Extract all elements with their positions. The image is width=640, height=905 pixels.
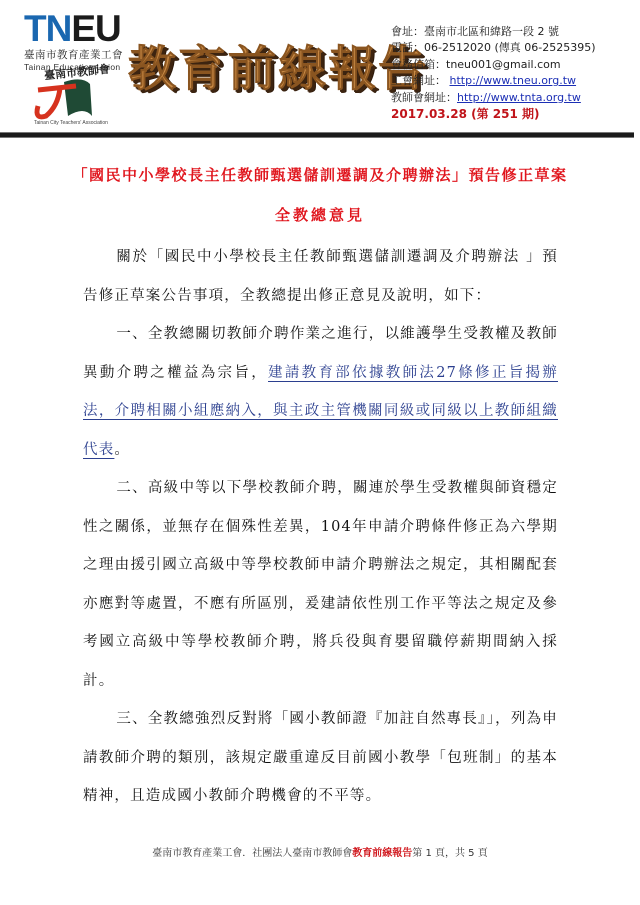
page-footer: 臺南市教育產業工會．社團法人臺南市教師會教育前線報告第 1 頁，共 5 頁 [0,844,640,859]
contact-block: 會址：臺南市北區和緯路一段 2 號 電話：06-2512020 (傳真 06-2… [391,24,596,122]
phone: 電話：06-2512020 (傳真 06-2525395) [391,40,596,56]
document-subtitle: 全教總意見 [0,204,640,225]
document-body: 關於「國民中小學校長主任教師甄選儲訓遷調及介聘辦法 」預告修正草案公告事項，全教… [83,238,558,816]
letterhead: TNEU 臺南市教育產業工會 Tainan Education Union 臺南… [0,0,640,140]
union-site: 工會網址： http://www.tneu.org.tw [391,73,596,89]
tneu-wordmark: TNEU [24,12,124,46]
tnta-logo-icon: 臺南市教師會 Tainan City Teachers' Association [24,58,114,130]
teacher-site: 教師會網址：http://www.tnta.org.tw [391,90,596,106]
point-3-paragraph: 三、全教總強烈反對將「國小教師證『加註自然專長』」，列為申請教師介聘的類別，該規… [83,700,558,816]
email: 會務信箱：tneu001@gmail.com [391,57,596,73]
point-1-paragraph: 一、全教總關切教師介聘作業之進行，以維護學生受教權及教師異動介聘之權益為宗旨，建… [83,315,558,469]
address: 會址：臺南市北區和緯路一段 2 號 [391,24,596,40]
union-site-link[interactable]: http://www.tneu.org.tw [450,74,577,87]
document-title: 「國民中小學校長主任教師甄選儲訓遷調及介聘辦法」預告修正草案 [0,164,640,185]
issue-date: 2017.03.28 (第 251 期) [391,106,596,122]
newsletter-banner: 教 育 前 線 報 告 [128,36,426,106]
point-2-paragraph: 二、高級中等以下學校教師介聘，關連於學生受教權與師資穩定性之關係，並無存在個殊性… [83,469,558,700]
intro-paragraph: 關於「國民中小學校長主任教師甄選儲訓遷調及介聘辦法 」預告修正草案公告事項，全教… [83,238,558,315]
page-number: 第 1 頁，共 5 頁 [412,848,487,859]
teacher-site-link[interactable]: http://www.tnta.org.tw [457,91,581,104]
header-divider [0,132,634,138]
